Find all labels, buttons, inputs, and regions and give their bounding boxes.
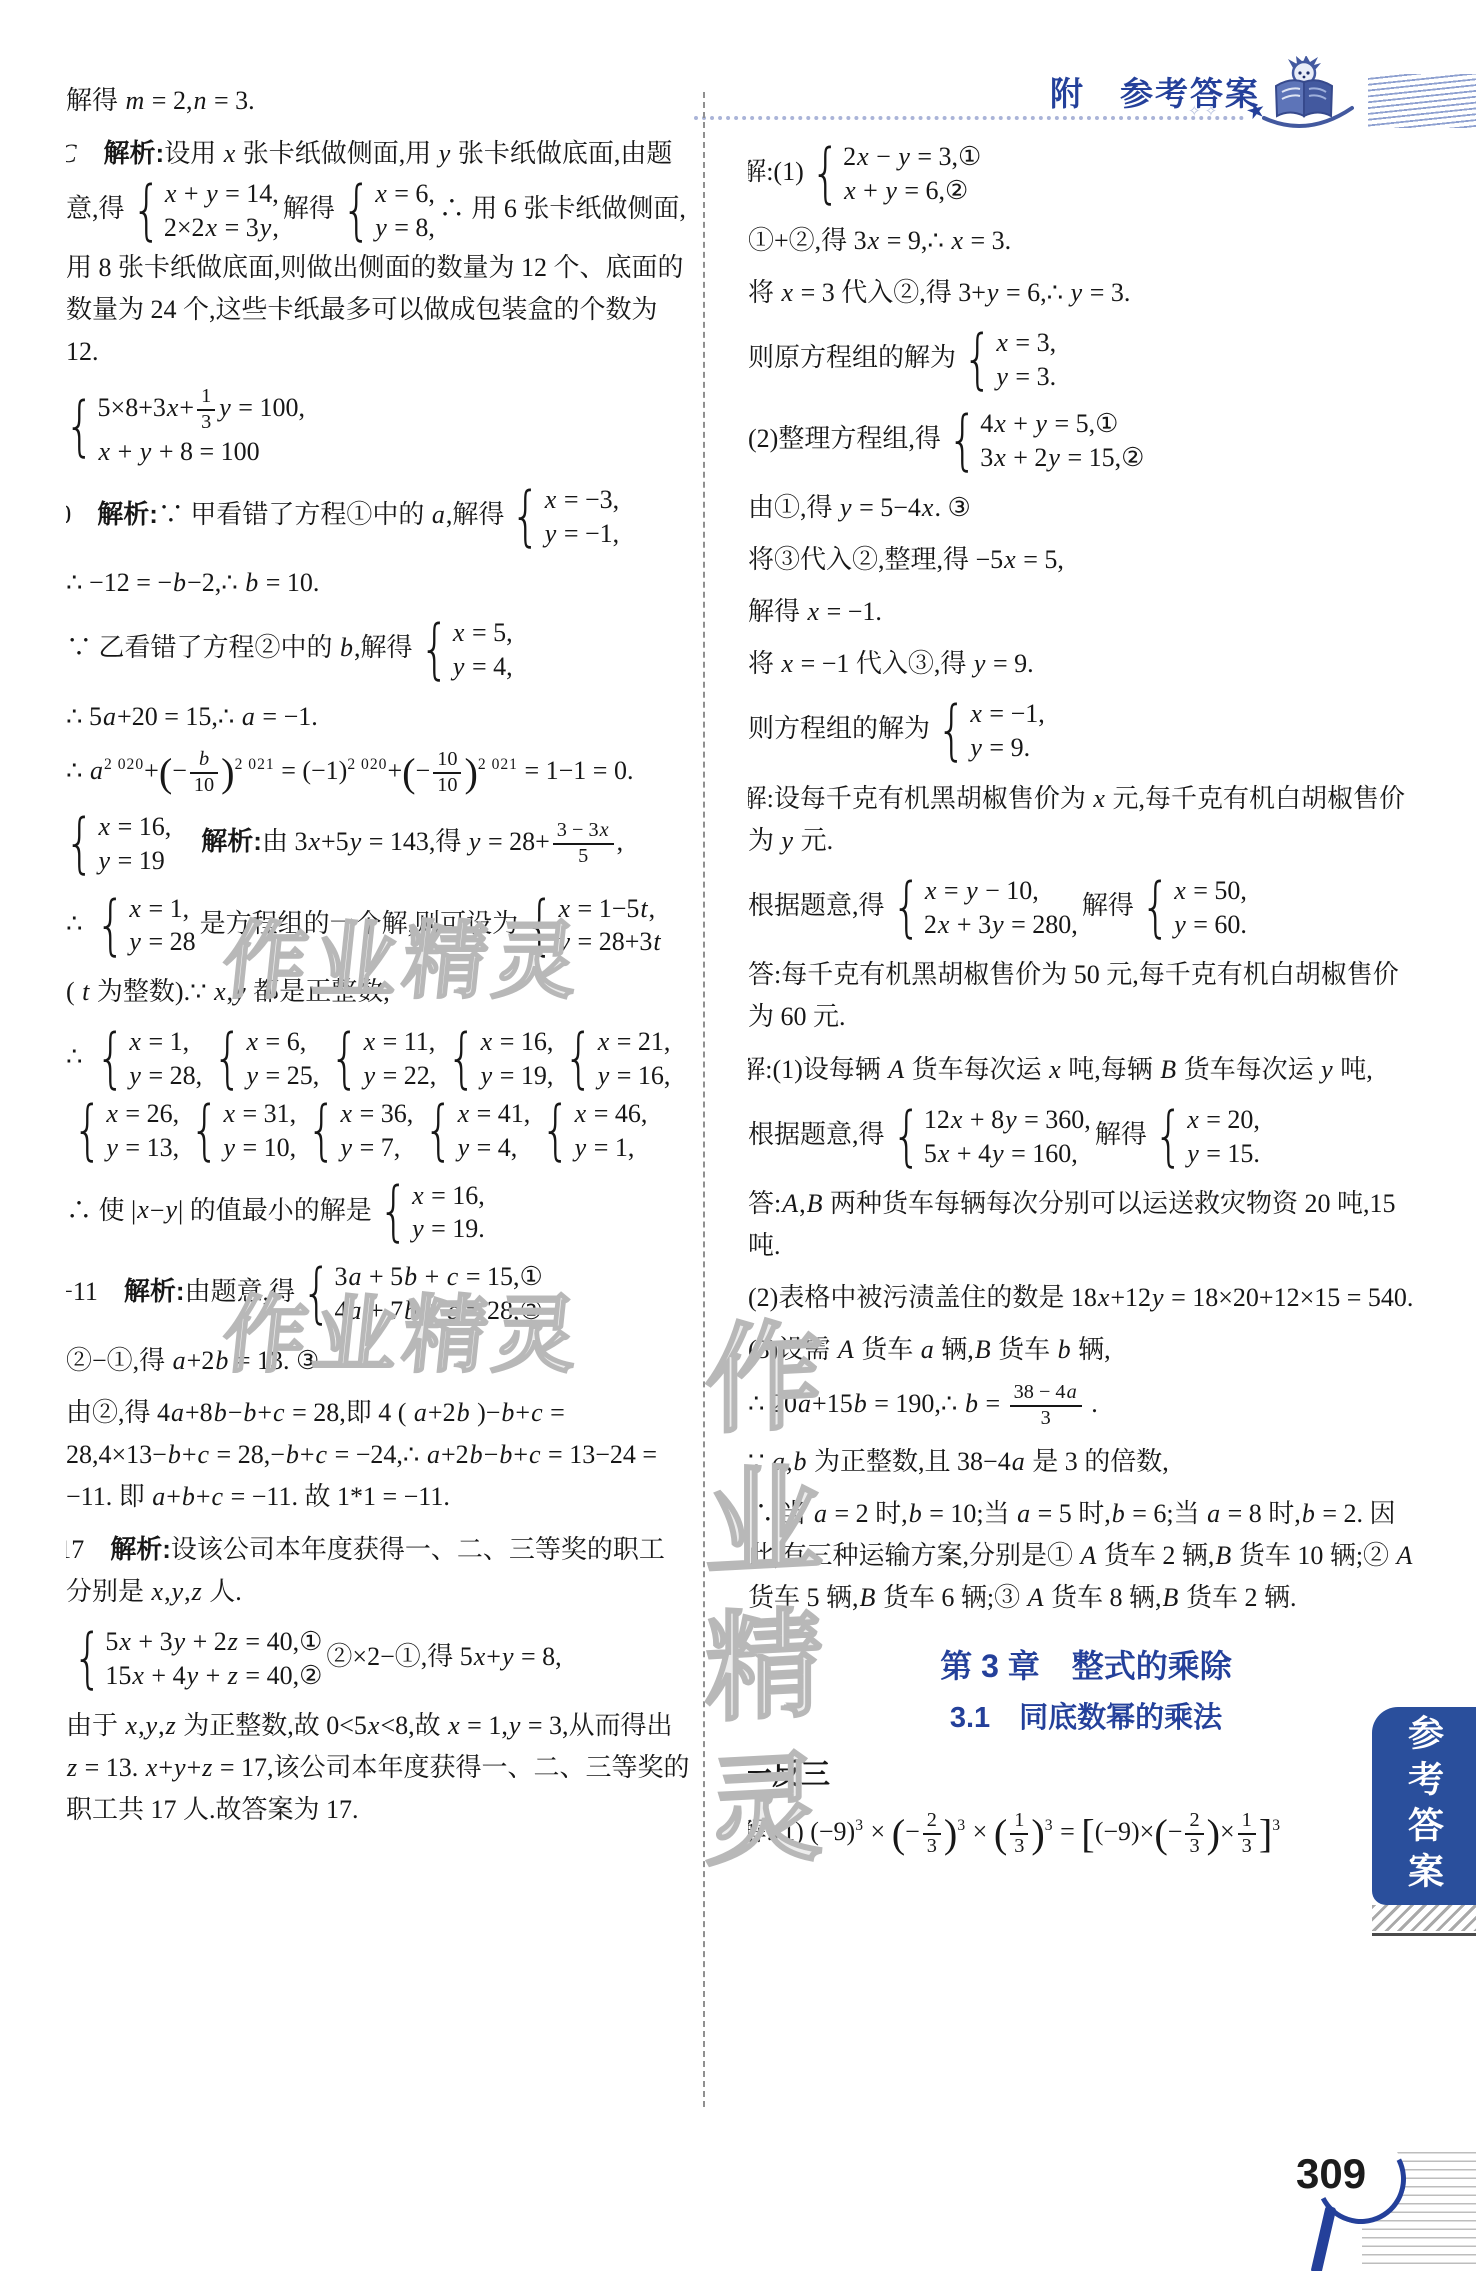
numerator: 1	[1010, 1809, 1028, 1835]
corner-pinstripes	[1368, 74, 1476, 128]
equation-row: y = 10,	[222, 1131, 296, 1165]
text: y = 9.	[969, 733, 1030, 762]
system-rows: x = −1,y = 9.	[969, 697, 1044, 765]
system-rows: x = 31,y = 10,	[222, 1097, 296, 1165]
text: x = 21,	[597, 1027, 671, 1056]
text: x = 41,	[457, 1099, 531, 1128]
denominator: 3	[923, 1835, 941, 1859]
text: y = 19	[98, 846, 165, 875]
big-paren: (	[1154, 1811, 1167, 1856]
equation-system: {x = 11,y = 22,	[324, 1025, 436, 1093]
header-dotted-rule	[694, 116, 1244, 120]
text: x = 3,	[995, 328, 1056, 357]
text: y = −1,	[544, 519, 619, 548]
equation-system: {x = 1,y = 28	[90, 892, 196, 960]
brace-icon: {	[342, 180, 372, 242]
fraction: 23	[923, 1809, 941, 1859]
text: (3)设需 A 货车 a 辆,B 货车 b 辆,	[748, 1335, 1111, 1364]
text: y = 28,	[128, 1061, 202, 1090]
text: x = 46,	[574, 1099, 648, 1128]
paragraph: ∴ 使 |x−y| 的值最小的解是{x = 16,y = 19.	[66, 1177, 690, 1249]
equation-row: y = 4,	[457, 1131, 518, 1165]
equation-row: y = 19.	[411, 1212, 485, 1246]
brace-icon: {	[96, 1028, 126, 1090]
text: 答:A,B 两种货车每辆每次分别可以运送救灾物资 20 吨,15 吨.	[748, 1189, 1396, 1260]
paragraph: 11. 解:(1)设每辆 A 货车每次运 x 吨,每辆 B 货车每次运 y 吨,	[748, 1048, 1424, 1091]
text: ∵ a,b 为正整数,且 38−4a 是 3 的倍数,	[748, 1447, 1169, 1476]
system-rows: x = 3,y = 3.	[995, 326, 1056, 394]
text: ∴	[66, 908, 89, 937]
equation-row: 2x − y = 3,①	[843, 140, 981, 174]
text: y = 19,	[480, 1061, 554, 1090]
text: y = 100,	[218, 393, 305, 422]
text: −	[172, 756, 187, 785]
text: y = 19.	[411, 1214, 485, 1243]
text: −11	[66, 1277, 124, 1306]
mascot-hedgehog-reading-book-icon	[1262, 56, 1354, 141]
system-rows: x = 41,y = 4,	[457, 1097, 531, 1165]
brace-icon: {	[302, 1263, 332, 1325]
system-rows: x = 50,y = 60.	[1173, 874, 1247, 942]
text: 17	[66, 1535, 110, 1564]
equation-row: x = 21,	[597, 1025, 671, 1059]
text: 0	[66, 500, 97, 529]
equation-row: 3x + 2y = 15,②	[980, 441, 1144, 475]
equation-system: {x = 1−5t,y = 28+3t	[519, 892, 661, 960]
paragraph: ∴ {x = 1,y = 28是方程组的一个解,则可设为{x = 1−5t,y …	[66, 890, 690, 962]
denominator: 3	[1185, 1835, 1203, 1859]
equation-row: x = 6,	[245, 1025, 306, 1059]
text: 3x + 2y = 15,②	[980, 443, 1144, 472]
text: ×	[1220, 1817, 1235, 1846]
equation-row: y = 28	[128, 925, 195, 959]
equation-row: 5x + 3y + 2z = 40,①	[105, 1625, 322, 1659]
equation-system: {x = −1,y = 9.	[931, 697, 1045, 765]
text: .	[1085, 1389, 1098, 1418]
equation-system: {x = 46,y = 1,	[535, 1097, 647, 1165]
bold-label: 解析:	[104, 138, 165, 168]
text: x = 16,	[98, 812, 172, 841]
paragraph: 将③代入②,整理,得 −5x = 5,	[748, 539, 1424, 581]
paragraph: ∴ a2 020+(−b10)2 021 = (−1)2 020+(−1010)…	[66, 748, 690, 798]
equation-row: x = 41,	[457, 1097, 531, 1131]
text: 由①,得 y = 5−4x. ③	[748, 493, 971, 522]
text: x = 6,	[245, 1027, 306, 1056]
superscript: 2 021	[235, 756, 275, 773]
text: 15x + 4y + z = 40,②	[105, 1661, 322, 1690]
text: ∴ 5a+20 = 15,∴ a = −1.	[66, 702, 318, 731]
paragraph: ∴ 当 a = 2 时,b = 10;当 a = 5 时,b = 6;当 a =…	[748, 1493, 1424, 1619]
brace-icon: {	[541, 1100, 571, 1162]
text: ∴ −12 = −b−2,∴ b = 10.	[66, 568, 319, 597]
bold-label: 解析:	[124, 1276, 185, 1306]
equation-system: {12x + 8y = 360,5x + 4y = 160,	[886, 1103, 1091, 1171]
system-rows: x = 20,y = 15.	[1186, 1103, 1260, 1171]
text: x = 1,	[128, 894, 189, 923]
superscript: 2 021	[478, 756, 518, 773]
brace-icon: {	[330, 1028, 360, 1090]
equation-row: 2x + 3y = 280,	[924, 908, 1078, 942]
equation-system: {x = 26,y = 13,	[67, 1097, 179, 1165]
text: ×	[864, 1817, 892, 1846]
big-paren: (	[892, 1811, 905, 1856]
equation-system: {x = 21,y = 16,	[558, 1025, 670, 1093]
text: (2)整理方程组,得	[748, 424, 941, 453]
equation-row: x = 31,	[222, 1097, 296, 1131]
text: y = 1,	[574, 1133, 635, 1162]
text: 解得	[1082, 891, 1134, 920]
equation-row: 5×8+3x+13y = 100,	[98, 385, 305, 435]
left-column: 解得 m = 2,n = 3.3. C 解析:设用 x 张卡纸做侧面,用 y 张…	[66, 80, 690, 2140]
paragraph: ∴ 5a+20 = 15,∴ a = −1.	[66, 696, 690, 738]
equation-system: {x = 16,y = 19.	[373, 1179, 485, 1247]
equation-system: {x = 50,y = 60.	[1135, 874, 1247, 942]
superscript: 3	[1045, 1818, 1054, 1835]
equation-row: y = 22,	[363, 1059, 437, 1093]
text: y = 13,	[105, 1133, 179, 1162]
text: 解得 m = 2,n = 3.	[66, 86, 255, 115]
paragraph: ①+②,得 3x = 9,∴ x = 3.	[748, 220, 1424, 262]
paragraph: 则原方程组的解为{x = 3,y = 3.	[748, 324, 1424, 396]
system-rows: x = 6,y = 25,	[245, 1025, 319, 1093]
equation-system: {x = 6,y = 25,	[207, 1025, 319, 1093]
text: 5x + 4y = 160,	[924, 1139, 1078, 1168]
equation-row: 4a + 7b + c = 28,②	[334, 1294, 542, 1328]
text: x = −3,	[544, 485, 619, 514]
text: x + y + 8 = 100	[98, 437, 260, 466]
brace-icon: {	[1154, 1106, 1184, 1168]
text: 将 x = 3 代入②,得 3+y = 6,∴ y = 3.	[748, 278, 1130, 307]
equation-row: y = 13,	[105, 1131, 179, 1165]
text: ×	[966, 1817, 994, 1846]
paragraph: 1. 解:(1) (−9)3 × (−23)3 × (13)3 = [(−9)×…	[748, 1809, 1424, 1859]
denominator: 3	[197, 411, 215, 435]
denominator: 3	[1010, 1835, 1028, 1859]
brace-icon: {	[66, 396, 95, 458]
brace-icon: {	[419, 619, 449, 681]
text: ②×2−①,得 5x+y = 8,	[326, 1642, 561, 1671]
system-rows: x = 46,y = 1,	[574, 1097, 648, 1165]
fraction: 13	[1010, 1809, 1028, 1859]
equation-system: {x = −3,y = −1,	[505, 483, 619, 551]
equation-row: x = 3,	[995, 326, 1056, 360]
text: 2×2x = 3y,	[164, 213, 279, 242]
system-rows: x = 16,y = 19.	[411, 1179, 485, 1247]
text: −	[1168, 1817, 1183, 1846]
text: = 1−1 = 0.	[518, 756, 634, 785]
text: y = 25,	[245, 1061, 319, 1090]
equation-row: x = 16,	[98, 810, 172, 844]
brace-icon: {	[424, 1100, 454, 1162]
equation-system: {x = 1,y = 28,	[90, 1025, 202, 1093]
equation-row: x + y = 6,②	[843, 174, 968, 208]
text: x = 31,	[222, 1099, 296, 1128]
equation-system: {4x + y = 5,①3x + 2y = 15,②	[942, 407, 1145, 475]
equation-row: y = 28+3t	[558, 925, 662, 959]
paragraph: 解得 x = −1.	[748, 591, 1424, 633]
text: 解:(1)	[748, 157, 804, 186]
text: y = 3.	[995, 362, 1056, 391]
text: y = 7,	[340, 1133, 401, 1162]
big-paren: )	[1031, 1811, 1044, 1856]
superscript: 3	[957, 1818, 966, 1835]
equation-row: x = −3,	[544, 483, 619, 517]
paragraph: ∴ −12 = −b−2,∴ b = 10.	[66, 562, 690, 604]
text: y = 15.	[1186, 1139, 1260, 1168]
equation-row: y = 28,	[128, 1059, 202, 1093]
equation-row: x = 1,	[128, 892, 189, 926]
sidebar-tab-reference-answers[interactable]: 参考答案	[1372, 1707, 1476, 1905]
equation-row: x = 50,	[1173, 874, 1247, 908]
brace-icon: {	[66, 813, 95, 875]
paragraph: ( t 为整数).∵ x,y 都是正整数,	[66, 971, 690, 1013]
equation-row: 4x + y = 5,①	[980, 407, 1118, 441]
text: x = 50,	[1173, 876, 1247, 905]
paragraph: 根据题意,得{12x + 8y = 360,5x + 4y = 160,解得{x…	[748, 1101, 1424, 1173]
text: 将③代入②,整理,得 −5x = 5,	[748, 545, 1064, 574]
equation-row: x = 1−5t,	[558, 892, 656, 926]
equation-system: {x = 5,y = 4,	[414, 616, 513, 684]
brace-icon: {	[564, 1028, 594, 1090]
text: ∵ 乙看错了方程②中的 b,解得	[66, 633, 413, 662]
brace-icon: {	[213, 1028, 243, 1090]
chapter-heading: 第 3 章 整式的乘除	[748, 1641, 1424, 1687]
equation-system: {x = 36,y = 7,	[301, 1097, 413, 1165]
system-rows: x = 16,y = 19,	[480, 1025, 554, 1093]
big-paren: (	[402, 750, 415, 795]
text: 2x + 3y = 280,	[924, 910, 1078, 939]
paragraph: 6. {x = 16,y = 19 解析:由 3x+5y = 143,得 y =…	[66, 808, 690, 880]
equation-row: 5x + 4y = 160,	[924, 1137, 1078, 1171]
text: 2x − y = 3,①	[843, 142, 981, 171]
equation-row: y = 9.	[969, 731, 1030, 765]
system-rows: x = 26,y = 13,	[105, 1097, 179, 1165]
equation-row: x = 16,	[480, 1025, 554, 1059]
text: 4a + 7b + c = 28,②	[334, 1296, 542, 1325]
system-rows: 3a + 5b + c = 15,①4a + 7b + c = 28,②	[334, 1260, 542, 1328]
text: (−9)×	[1095, 1817, 1155, 1846]
brace-icon: {	[73, 1628, 103, 1690]
system-rows: 5x + 3y + 2z = 40,①15x + 4y + z = 40,②	[105, 1625, 322, 1693]
text: y = 28+3t	[558, 927, 662, 956]
superscript: 2 020	[104, 756, 144, 773]
paragraph: 10. 解:设每千克有机黑胡椒售价为 x 元,每千克有机白胡椒售价为 y 元.	[748, 777, 1424, 862]
fraction: 13	[197, 385, 215, 435]
text: ①+②,得 3x = 9,∴ x = 3.	[748, 226, 1011, 255]
text: 举一反三	[748, 1759, 830, 1791]
brace-icon: {	[891, 877, 921, 939]
denominator: 3	[1010, 1407, 1082, 1431]
paragraph: 9. 解:(1){2x − y = 3,①x + y = 6,②	[748, 138, 1424, 210]
brace-icon: {	[447, 1028, 477, 1090]
text: x = 16,	[480, 1027, 554, 1056]
text: 5x + 3y + 2z = 40,①	[105, 1627, 322, 1656]
text: ∴	[66, 1042, 89, 1071]
equation-row: x = y − 10,	[924, 874, 1039, 908]
equation-row: x = 5,	[452, 616, 513, 650]
text: ∴ 使 |x−y| 的值最小的解是	[66, 1195, 372, 1224]
text: C	[66, 139, 104, 168]
brace-icon: {	[811, 143, 841, 205]
paragraph: 7. −11 解析:由题意,得{3a + 5b + c = 15,①4a + 7…	[66, 1258, 690, 1330]
text: x = y − 10,	[924, 876, 1039, 905]
system-rows: 4x + y = 5,①3x + 2y = 15,②	[980, 407, 1144, 475]
numerator: 1	[197, 385, 215, 411]
brace-icon: {	[131, 180, 161, 242]
text: x = 5,	[452, 618, 513, 647]
equation-row: x = 16,	[411, 1179, 485, 1213]
fraction: 13	[1238, 1809, 1256, 1859]
equation-system: {x = y − 10,2x + 3y = 280,	[886, 874, 1078, 942]
text: 3a + 5b + c = 15,①	[334, 1262, 542, 1291]
equation-system: {x = 41,y = 4,	[418, 1097, 530, 1165]
paragraph: 4. {5×8+3x+13y = 100,x + y + 8 = 100	[66, 383, 690, 471]
numerator: b	[190, 748, 218, 774]
denominator: 5	[553, 845, 614, 869]
text: 答:每千克有机黑胡椒售价为 50 元,每千克有机白胡椒售价为 60 元.	[748, 960, 1399, 1031]
text: 12x + 8y = 360,	[924, 1105, 1091, 1134]
text: 5×8+3x+	[98, 393, 195, 422]
page-number-swoosh	[1310, 2206, 1336, 2271]
brace-icon: {	[1141, 877, 1171, 939]
equation-row: 15x + 4y + z = 40,②	[105, 1659, 322, 1693]
system-rows: x = 11,y = 22,	[363, 1025, 437, 1093]
brace-icon: {	[96, 895, 126, 957]
text: 由题意,得	[185, 1277, 296, 1306]
bold-label: 解析:	[201, 826, 262, 856]
text: −	[905, 1817, 920, 1846]
text: y = 4,	[457, 1133, 518, 1162]
text: ( t 为整数).∵ x,y 都是正整数,	[66, 977, 390, 1006]
bold-label: 解析:	[97, 499, 158, 529]
fraction: 38 − 4a3	[1010, 1381, 1082, 1431]
paragraph: (2)表格中被污渍盖住的数是 18x+12y = 18×20+12×15 = 5…	[748, 1277, 1424, 1319]
brace-icon: {	[307, 1100, 337, 1162]
paragraph: 答:每千克有机黑胡椒售价为 50 元,每千克有机白胡椒售价为 60 元.	[748, 954, 1424, 1038]
text: y = 10,	[222, 1133, 296, 1162]
text: y = 60.	[1173, 910, 1247, 939]
system-rows: x + y = 14,2×2x = 3y,	[164, 177, 279, 245]
text: ∴ 20a+15b = 190,∴ b =	[748, 1389, 1007, 1418]
paragraph: (3)设需 A 货车 a 辆,B 货车 b 辆,	[748, 1329, 1424, 1371]
paragraph: 由于 x,y,z 为正整数,故 0<5x<8,故 x = 1,y = 3,从而得…	[66, 1705, 690, 1831]
text: +	[144, 756, 159, 785]
equation-row: x = 26,	[105, 1097, 179, 1131]
brace-icon: {	[73, 1100, 103, 1162]
text: 4x + y = 5,①	[980, 409, 1118, 438]
big-paren: ]	[1259, 1811, 1272, 1856]
text: 解得	[283, 194, 335, 223]
text: =	[1054, 1817, 1082, 1846]
equation-row: y = 19	[98, 844, 165, 878]
text: 解:(1)设每辆 A 货车每次运 x 吨,每辆 B 货车每次运 y 吨,	[748, 1055, 1373, 1084]
text: x = 26,	[105, 1099, 179, 1128]
paragraph: 由②,得 4a+8b−b+c = 28,即 4 ( a+2b )−b+c = 2…	[66, 1392, 690, 1518]
text: 则原方程组的解为	[748, 343, 956, 372]
big-paren: )	[1207, 1811, 1220, 1856]
numerator: 1	[1238, 1809, 1256, 1835]
equation-row: y = 7,	[340, 1131, 401, 1165]
brace-icon: {	[511, 486, 541, 548]
text: ∴ a	[66, 756, 104, 785]
equation-row: x = 1,	[128, 1025, 189, 1059]
equation-system: {x = 3,y = 3.	[957, 326, 1056, 394]
equation-row: y = 60.	[1173, 908, 1247, 942]
paragraph: 答:A,B 两种货车每辆每次分别可以运送救灾物资 20 吨,15 吨.	[748, 1183, 1424, 1267]
equation-row: y = 16,	[597, 1059, 671, 1093]
text: ,	[617, 827, 624, 856]
paragraph: 由①,得 y = 5−4x. ③	[748, 487, 1424, 529]
equation-row: 12x + 8y = 360,	[924, 1103, 1091, 1137]
paragraph: 3. C 解析:设用 x 张卡纸做侧面,用 y 张卡纸做底面,由题意,得{x +…	[66, 132, 690, 373]
paragraph: 8. 17 解析:设该公司本年度获得一、二、三等奖的职工分别是 x,y,z 人.	[66, 1528, 690, 1613]
brace-icon: {	[963, 329, 993, 391]
paragraph: {5x + 3y + 2z = 40,①15x + 4y + z = 40,②②…	[66, 1623, 690, 1695]
equation-row: x = 20,	[1186, 1103, 1260, 1137]
fraction: 23	[1185, 1809, 1203, 1859]
text: ②−①,得 a+2b = 13. ③	[66, 1346, 319, 1375]
system-rows: x = 1,y = 28,	[128, 1025, 202, 1093]
system-rows: 2x − y = 3,①x + y = 6,②	[843, 140, 981, 208]
text: y = 22,	[363, 1061, 437, 1090]
text: 第 3 章 整式的乘除	[940, 1648, 1232, 1684]
system-rows: x = y − 10,2x + 3y = 280,	[924, 874, 1078, 942]
numerator: 3 − 3x	[553, 819, 614, 845]
equation-row: x + y + 8 = 100	[98, 435, 260, 469]
big-paren: (	[159, 750, 172, 795]
big-paren: )	[944, 1811, 957, 1856]
equation-system: {x = 16,y = 19,	[441, 1025, 553, 1093]
paragraph: ②−①,得 a+2b = 13. ③	[66, 1340, 690, 1382]
text: x = 11,	[363, 1027, 436, 1056]
text: x = 36,	[340, 1099, 414, 1128]
big-paren: (	[994, 1811, 1007, 1856]
equation-row: y = 1,	[574, 1131, 635, 1165]
paragraph: ∴ {x = 1,y = 28,{x = 6,y = 25,{x = 11,y …	[66, 1023, 690, 1166]
text: 则方程组的解为	[748, 714, 930, 743]
sidebar-tab-label: 参考答案	[1399, 1714, 1450, 1898]
paragraph: 5. 0 解析:∵ 甲看错了方程①中的 a,解得{x = −3,y = −1,	[66, 481, 690, 553]
text: 将 x = −1 代入③,得 y = 9.	[748, 649, 1034, 678]
system-rows: x = 1,y = 28	[128, 892, 195, 960]
text: 解得 x = −1.	[748, 597, 882, 626]
equation-system: {5x + 3y + 2z = 40,①15x + 4y + z = 40,②	[67, 1625, 322, 1693]
brace-icon: {	[891, 1106, 921, 1168]
big-paren: )	[221, 750, 234, 795]
text: x = −1,	[969, 699, 1044, 728]
equation-row: y = 8,	[374, 211, 435, 245]
system-rows: x = 6,y = 8,	[374, 177, 435, 245]
equation-row: x = 36,	[340, 1097, 414, 1131]
system-rows: 12x + 8y = 360,5x + 4y = 160,	[924, 1103, 1091, 1171]
text: x + y = 14,	[164, 179, 279, 208]
equation-row: y = 3.	[995, 360, 1056, 394]
equation-row: x = 6,	[374, 177, 435, 211]
text	[175, 827, 201, 856]
page-number: 309	[1296, 2150, 1366, 2198]
equation-system: {3a + 5b + c = 15,①4a + 7b + c = 28,②	[296, 1260, 543, 1328]
text: 根据题意,得	[748, 1120, 885, 1149]
denominator: 3	[1238, 1835, 1256, 1859]
text: 解:设每千克有机黑胡椒售价为 x 元,每千克有机白胡椒售价为 y 元.	[748, 784, 1405, 855]
denominator: 10	[433, 774, 461, 798]
text: = (−1)	[275, 756, 348, 785]
text: x = 20,	[1186, 1105, 1260, 1134]
equation-row: x = 46,	[574, 1097, 648, 1131]
equation-row: y = 15.	[1186, 1137, 1260, 1171]
numerator: 38 − 4a	[1010, 1381, 1082, 1407]
equation-system: {x + y = 14,2×2x = 3y,	[126, 177, 279, 245]
